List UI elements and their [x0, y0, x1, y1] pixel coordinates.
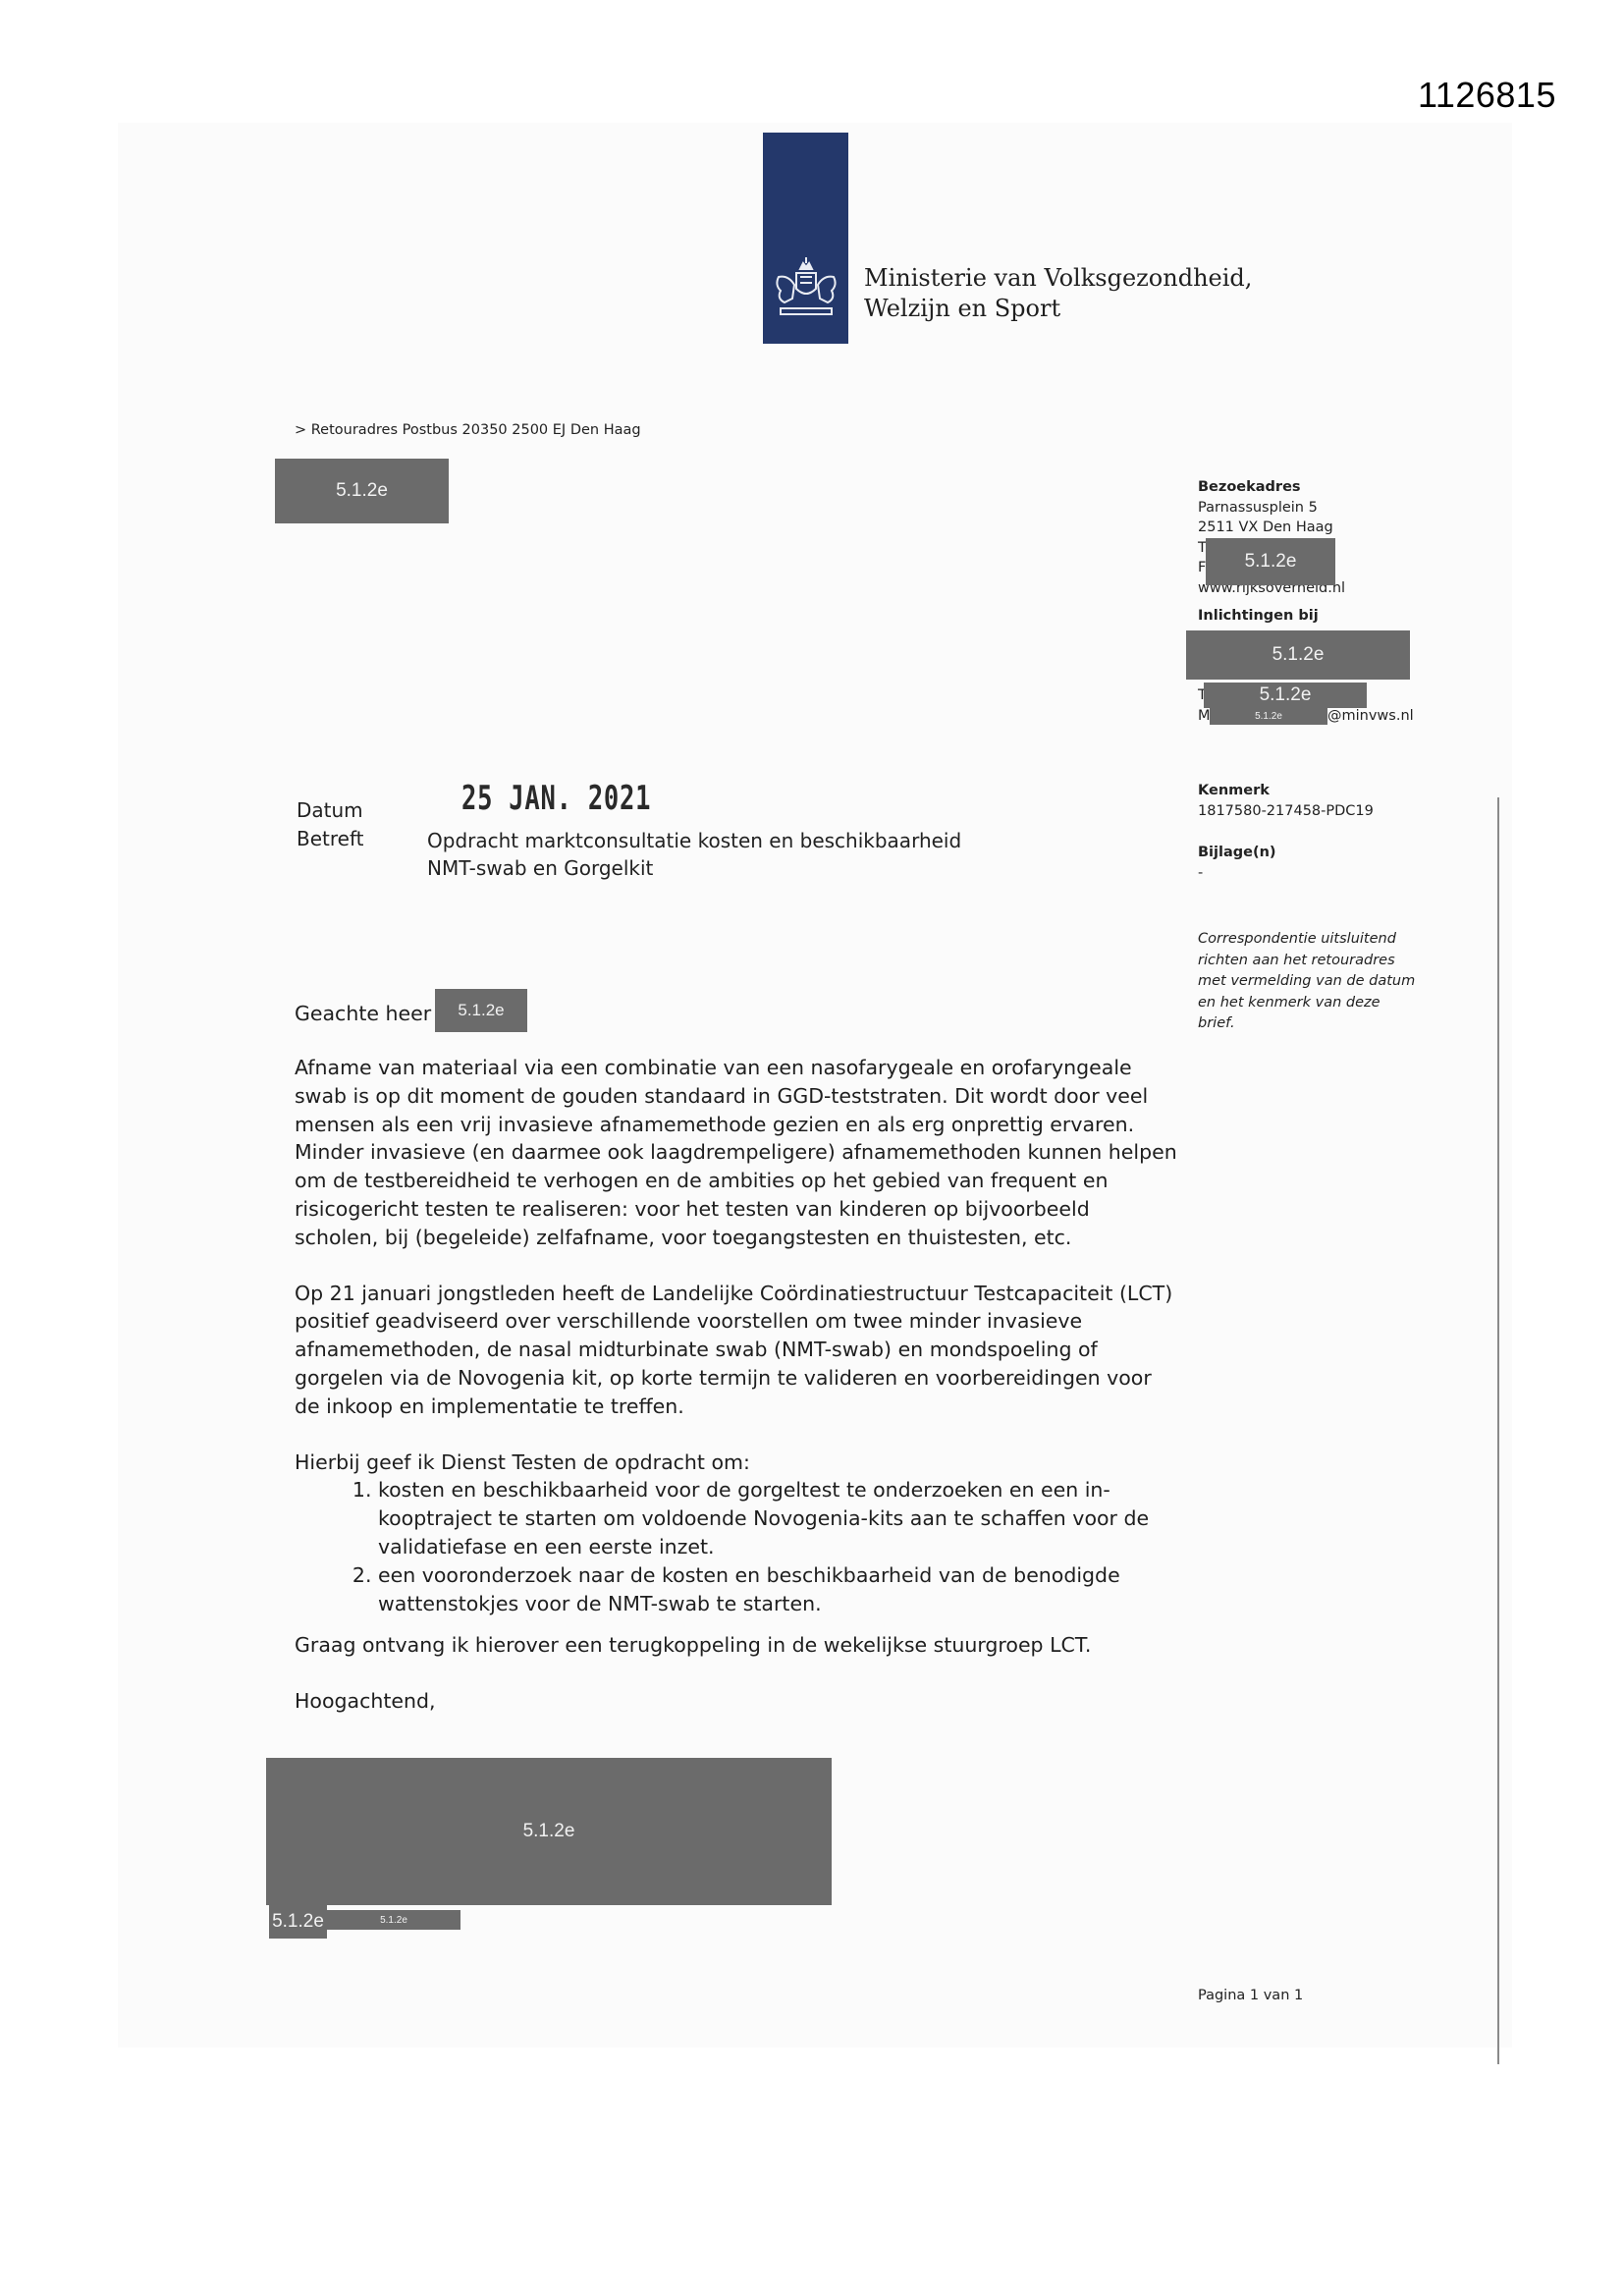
redacted-recipient: 5.1.2e — [275, 459, 449, 523]
reference-value: 1817580-217458-PDC19 — [1198, 801, 1374, 822]
correspondence-note: Correspondentie uitsluitend richten aan … — [1198, 929, 1419, 1035]
redacted-signature: 5.1.2e — [266, 1758, 832, 1905]
subject-label: Betreft — [297, 827, 364, 850]
visit-address-label: Bezoekadres — [1198, 477, 1345, 498]
return-address: > Retouradres Postbus 20350 2500 EJ Den … — [295, 422, 641, 438]
task-item: kosten en beschikbaarheid voor de gorgel… — [378, 1476, 1178, 1560]
subject-line2: NMT-swab en Gorgelkit — [427, 854, 961, 882]
salutation: Geachte heer — [295, 1000, 1178, 1028]
ministry-name: Ministerie van Volksgezondheid, Welzijn … — [864, 263, 1252, 324]
contact-mail-prefix: M — [1198, 706, 1211, 727]
subject-line1: Opdracht marktconsultatie kosten en besc… — [427, 827, 961, 854]
redacted-signatory-name: 5.1.2e — [269, 1905, 327, 1939]
reference-label: Kenmerk — [1198, 781, 1374, 801]
ministry-logo — [763, 133, 848, 344]
redacted-signatory-title: 5.1.2e — [327, 1910, 460, 1930]
page-edge-line — [1497, 797, 1499, 2064]
paragraph-2: Op 21 januari jongstleden heeft de Lande… — [295, 1280, 1178, 1421]
redacted-contact-mail: 5.1.2e — [1210, 708, 1327, 725]
subject: Opdracht marktconsultatie kosten en besc… — [427, 827, 961, 882]
info-label: Inlichtingen bij — [1198, 606, 1345, 627]
task-list: kosten en beschikbaarheid voor de gorgel… — [295, 1476, 1178, 1617]
date-label: Datum — [297, 798, 363, 822]
page-indicator: Pagina 1 van 1 — [1198, 1988, 1303, 2003]
attachments-label: Bijlage(n) — [1198, 843, 1374, 863]
task-item: een vooronderzoek naar de kosten en besc… — [378, 1561, 1178, 1618]
redacted-contact-name: 5.1.2e — [1186, 630, 1410, 680]
reference-block: Kenmerk 1817580-217458-PDC19 Bijlage(n) … — [1198, 781, 1374, 883]
redacted-addressee: 5.1.2e — [435, 989, 527, 1032]
closing: Hoogachtend, — [295, 1687, 1178, 1716]
date-stamp: 25 JAN. 2021 — [461, 779, 651, 818]
letter-body: Afname van materiaal via een combinatie … — [295, 1054, 1178, 1716]
coat-of-arms-icon — [771, 255, 841, 320]
document-number: 1126815 — [1418, 75, 1556, 116]
paragraph-4: Graag ontvang ik hierover een terugkoppe… — [295, 1631, 1178, 1660]
paragraph-1: Afname van materiaal via een combinatie … — [295, 1054, 1178, 1252]
ministry-name-line1: Ministerie van Volksgezondheid, — [864, 263, 1252, 294]
visit-address-city: 2511 VX Den Haag — [1198, 518, 1345, 538]
contact-mail-domain[interactable]: @minvws.nl — [1327, 706, 1414, 727]
attachments-value: - — [1198, 863, 1374, 884]
ministry-name-line2: Welzijn en Sport — [864, 294, 1252, 324]
redacted-contact-phone: 5.1.2e — [1204, 683, 1367, 708]
visit-address-street: Parnassusplein 5 — [1198, 498, 1345, 519]
redacted-phone-fax: 5.1.2e — [1206, 538, 1335, 585]
paragraph-3-intro: Hierbij geef ik Dienst Testen de opdrach… — [295, 1449, 1178, 1477]
